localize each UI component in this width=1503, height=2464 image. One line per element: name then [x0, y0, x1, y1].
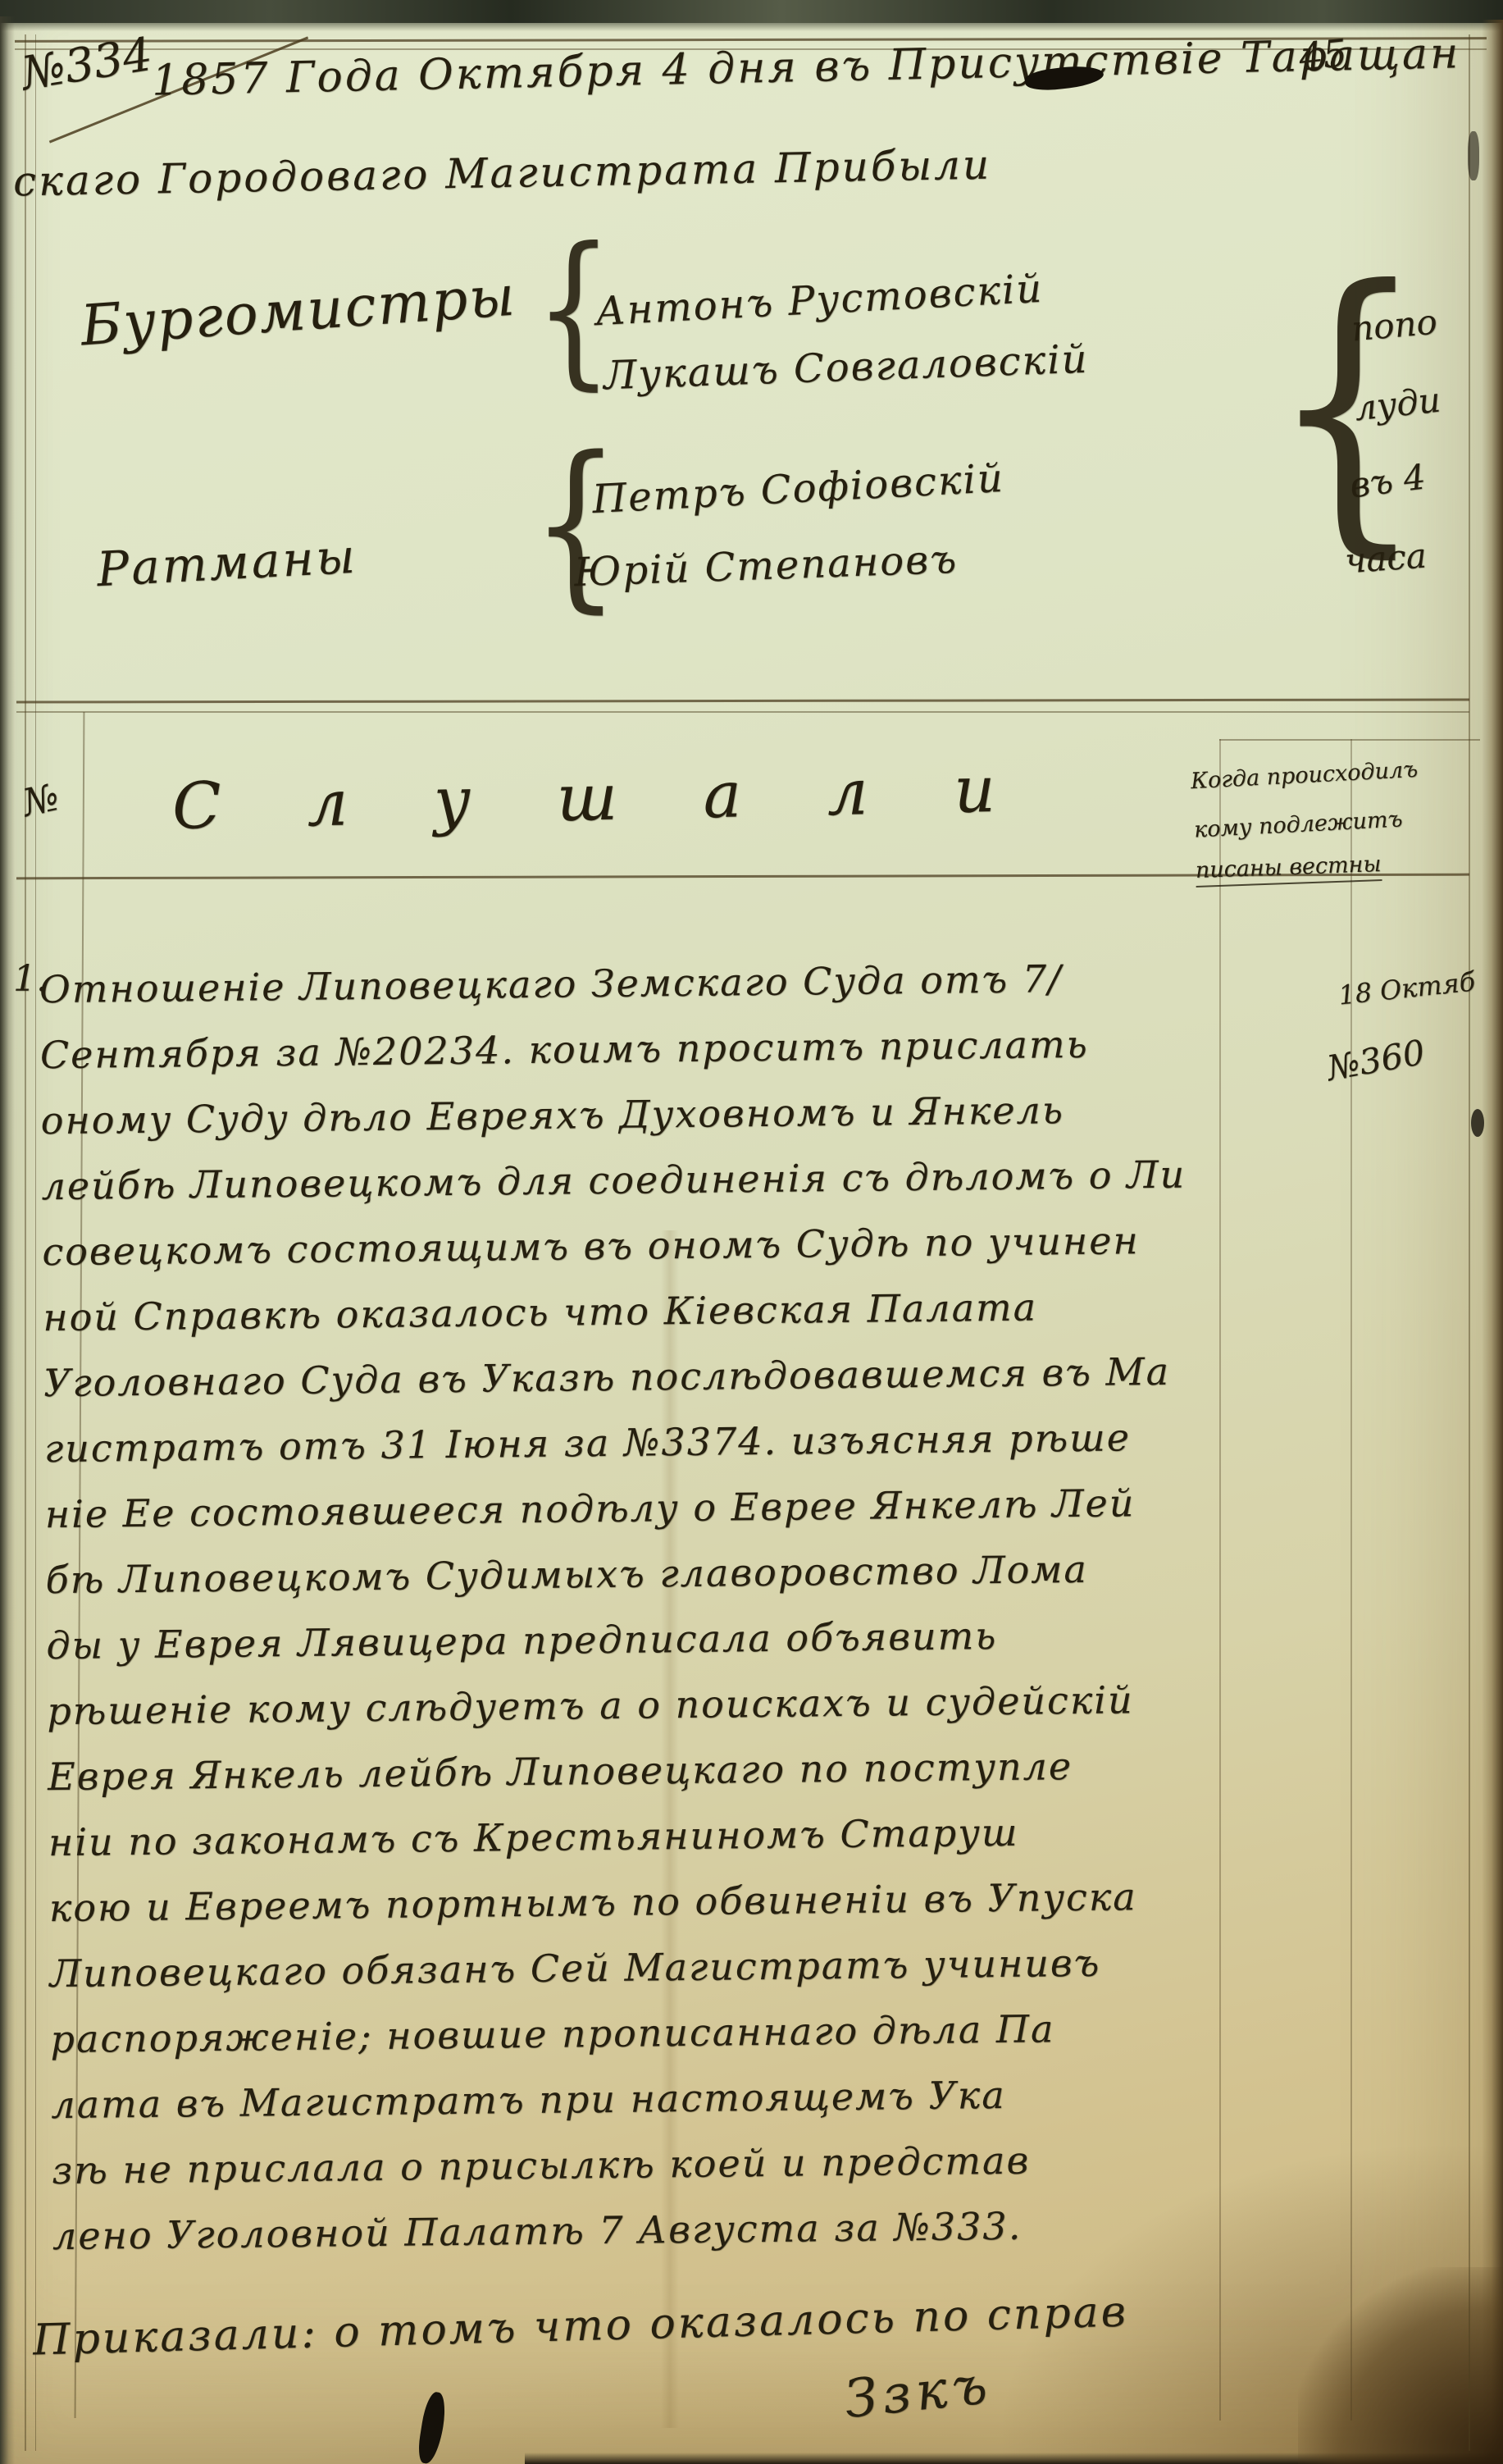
right-rule: [1469, 34, 1470, 2451]
ink-blot-bottom: [416, 2391, 448, 2464]
ratman-name-1: Петръ Софіовскій: [591, 455, 1005, 522]
time-note-line-4: часа: [1343, 536, 1428, 582]
signature-flourish: Ззкъ: [842, 2355, 995, 2430]
burgomasters-label: Бургомистры: [79, 264, 518, 359]
slushali-header: С л у ш а л и: [171, 752, 1028, 844]
right-header-line-3: писаны вестны: [1195, 851, 1382, 887]
right-columns-top-rule: [1219, 739, 1480, 741]
time-note-line-2: луди: [1353, 380, 1442, 429]
header-date-line-2: скаго Городоваго Магистрата Прибыли: [13, 141, 992, 206]
left-rule-1: [25, 34, 26, 2451]
order-line: Приказали: о томъ что оказалось по справ: [32, 2288, 1128, 2366]
entry-number: №334: [18, 28, 156, 101]
margin-note-number: №360: [1324, 1032, 1428, 1088]
record-text: Отношеніе Липовецкаго Земскаго Суда отъ …: [39, 943, 1332, 2269]
ink-blot-right-edge: [1471, 1109, 1484, 1137]
ratman-name-2: Юрій Степановъ: [573, 536, 959, 595]
record-line: Уголовнаго Суда въ Указѣ послѣдовавшемся…: [43, 1337, 1323, 1416]
section-rule-2: [16, 711, 1469, 713]
scan-edge-top-shadow: [0, 23, 1503, 31]
margin-note-date: 18 Октяб: [1337, 965, 1476, 1011]
burgomaster-name-2: Лукашъ Совгаловскій: [603, 336, 1089, 399]
page-corner-shadow: [1298, 2267, 1503, 2464]
burgomaster-name-1: Антонъ Рустовскій: [594, 266, 1045, 335]
record-line: совецкомъ состоящимъ въ ономъ Судѣ по уч…: [42, 1206, 1322, 1284]
scan-edge-right: [1482, 20, 1503, 2464]
right-header-line-2: кому подлежитъ: [1193, 806, 1403, 842]
page-number: 45: [1296, 30, 1349, 80]
scan-edge-top: [0, 0, 1503, 23]
record-line: кою и Евреемъ портнымъ по обвиненіи въ У…: [48, 1862, 1328, 1941]
left-rule-2: [35, 34, 36, 2451]
manuscript-page: №334 1857 Года Октября 4 дня въ Присутст…: [0, 0, 1503, 2464]
scan-edge-left: [0, 16, 15, 2464]
section-rule-1: [16, 698, 1469, 703]
right-header-line-1: Когда происходилъ: [1190, 757, 1418, 794]
ratmans-label: Ратманы: [95, 528, 358, 598]
ratmans-brace: {: [531, 418, 620, 629]
record-line: ніе Ее состоявшееся подѣлу о Еврее Янкел…: [44, 1468, 1324, 1547]
ink-blot-right-edge-2: [1468, 131, 1479, 180]
record-line: лено Уголовной Палатѣ 7 Августа за №333.: [52, 2190, 1332, 2269]
time-note-line-1: попо: [1350, 302, 1439, 349]
